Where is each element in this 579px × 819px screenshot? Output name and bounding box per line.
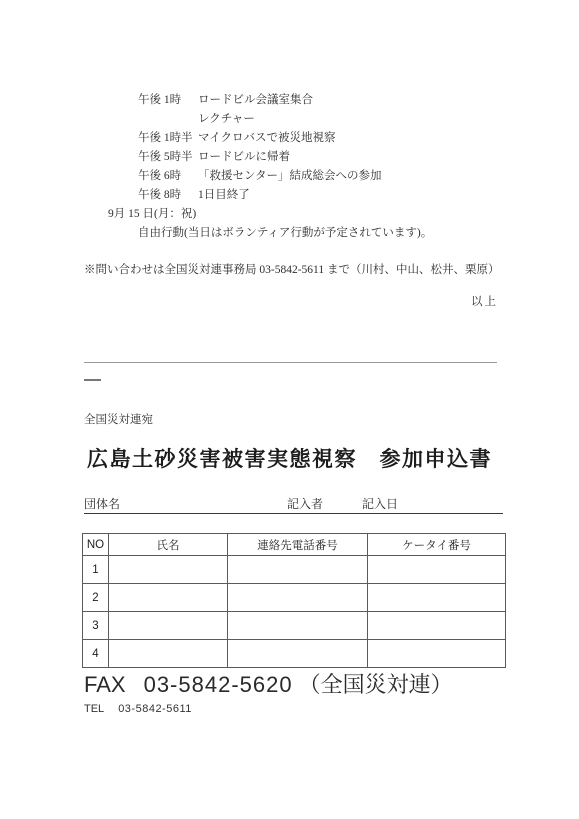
schedule-row: 午後 6時 「救援センター」結成総会への参加 xyxy=(108,167,432,186)
schedule-time: 午後 1時半 xyxy=(138,129,198,148)
phone-cell xyxy=(228,612,368,640)
mobile-cell xyxy=(368,640,506,668)
mobile-cell xyxy=(368,612,506,640)
schedule-activity: ロードビル会議室集合 xyxy=(198,91,313,110)
table-row: 2 xyxy=(83,584,506,612)
no-cell: 4 xyxy=(83,640,109,668)
table-row: 1 xyxy=(83,556,506,584)
schedule-date-line: 9月 15 日(月：祝) xyxy=(108,205,432,224)
schedule-time xyxy=(138,110,198,129)
schedule-time: 午後 8時 xyxy=(138,186,198,205)
schedule-activity: 「救援センター」結成総会への参加 xyxy=(198,167,382,186)
tel-label: TEL xyxy=(84,703,104,715)
phone-cell xyxy=(228,640,368,668)
addressee-label: 全国災対連宛 xyxy=(84,411,153,427)
field-label-organization: 団体名 xyxy=(84,495,120,512)
no-cell: 2 xyxy=(83,584,109,612)
tel-number: 03-5842-5611 xyxy=(118,703,192,715)
no-cell: 3 xyxy=(83,612,109,640)
phone-cell xyxy=(228,556,368,584)
phone-cell xyxy=(228,584,368,612)
schedule-time: 午後 1時 xyxy=(138,91,198,110)
tel-line: TEL03-5842-5611 xyxy=(84,703,192,715)
form-fields-line: 団体名 記入者 記入日 xyxy=(84,496,503,514)
mobile-cell xyxy=(368,584,506,612)
name-cell xyxy=(109,584,228,612)
schedule-time: 午後 5時半 xyxy=(138,148,198,167)
mobile-cell xyxy=(368,556,506,584)
table-row: 3 xyxy=(83,612,506,640)
schedule-activity: ロードビルに帰着 xyxy=(198,148,290,167)
fax-document-page: 午後 1時 ロードビル会議室集合 レクチャー 午後 1時半 マイクロバスで被災地… xyxy=(0,0,579,819)
roster-table: NO 氏名 連絡先電話番号 ケータイ番号 1 2 3 xyxy=(82,533,506,668)
header-name: 氏名 xyxy=(109,534,228,556)
divider-line xyxy=(84,362,497,363)
schedule-activity: 1日目終了 xyxy=(198,186,250,205)
divider-line-short xyxy=(84,379,101,381)
schedule-row: レクチャー xyxy=(108,110,432,129)
no-cell: 1 xyxy=(83,556,109,584)
schedule-row: 午後 1時 ロードビル会議室集合 xyxy=(108,91,432,110)
schedule-row: 午後 1時半 マイクロバスで被災地視察 xyxy=(108,129,432,148)
header-no: NO xyxy=(83,534,109,556)
schedule-time: 午後 6時 xyxy=(138,167,198,186)
fax-line: FAX03-5842-5620（全国災対連） xyxy=(84,668,453,699)
name-cell xyxy=(109,640,228,668)
closing-mark: 以上 xyxy=(471,293,498,309)
fax-organization: （全国災対連） xyxy=(299,672,453,697)
schedule-activity: レクチャー xyxy=(198,110,255,129)
schedule-activity: マイクロバスで被災地視察 xyxy=(198,129,336,148)
name-cell xyxy=(109,612,228,640)
header-mobile: ケータイ番号 xyxy=(368,534,506,556)
name-cell xyxy=(109,556,228,584)
schedule-block: 午後 1時 ロードビル会議室集合 レクチャー 午後 1時半 マイクロバスで被災地… xyxy=(108,91,432,243)
fax-number: 03-5842-5620 xyxy=(144,672,293,697)
header-phone: 連絡先電話番号 xyxy=(228,534,368,556)
form-title: 広島土砂災害被害実態視察 参加申込書 xyxy=(0,443,579,473)
field-label-date: 記入日 xyxy=(362,495,398,512)
schedule-row: 午後 8時 1日目終了 xyxy=(108,186,432,205)
contact-note: ※問い合わせは全国災対連事務局 03-5842-5611 まで（川村、中山、松井… xyxy=(84,261,499,277)
fax-label: FAX xyxy=(84,672,126,697)
schedule-row: 午後 5時半 ロードビルに帰着 xyxy=(108,148,432,167)
table-row: 4 xyxy=(83,640,506,668)
table-header-row: NO 氏名 連絡先電話番号 ケータイ番号 xyxy=(83,534,506,556)
field-label-writer: 記入者 xyxy=(287,495,323,512)
schedule-free-action-line: 自由行動(当日はボランティア行動が予定されています)。 xyxy=(108,224,432,243)
